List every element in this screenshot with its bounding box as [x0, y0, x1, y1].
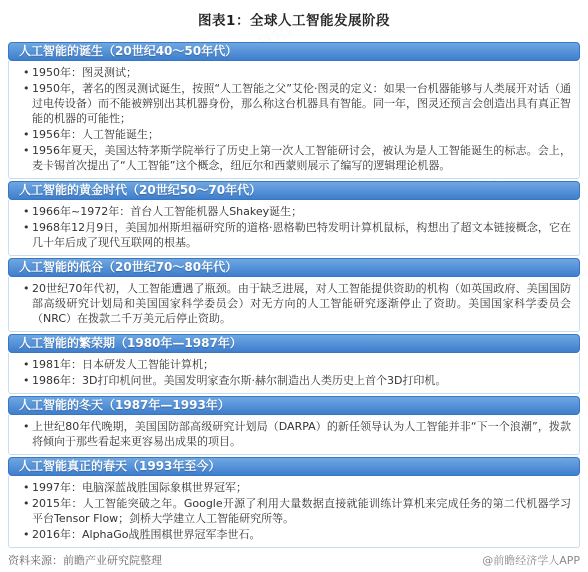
bullet-item: 1966年~1972年：首台人工智能机器人Shakey诞生； — [23, 204, 571, 219]
section-header: 人工智能真正的春天（1993年至今） — [8, 457, 580, 476]
bullet-item: 2016年：AlphaGo战胜围棋世界冠军李世石。 — [23, 527, 571, 542]
bullet-item: 2015年：人工智能突破之年。Google开源了利用大量数据直接就能训练计算机来… — [23, 496, 571, 526]
bullet-item: 1956年：人工智能诞生； — [23, 127, 571, 142]
timeline-section: 人工智能的繁荣期（1980年—1987年） 1981年：日本研发人工智能计算机；… — [8, 334, 580, 394]
credit-note: @前瞻经济学人APP — [482, 552, 580, 568]
figure-footer: 资料来源：前瞻产业研究院整理 @前瞻经济学人APP — [0, 552, 588, 568]
source-note: 资料来源：前瞻产业研究院整理 — [8, 552, 162, 568]
bullet-item: 1997年：电脑深蓝战胜国际象棋世界冠军； — [23, 480, 571, 495]
timeline-section: 人工智能真正的春天（1993年至今） 1997年：电脑深蓝战胜国际象棋世界冠军；… — [8, 457, 580, 548]
bullet-item: 1968年12月9日，美国加州斯坦福研究所的道格·恩格勒巴特发明计算机鼠标，构想… — [23, 220, 571, 250]
timeline-section: 人工智能的冬天（1987年—1993年） 上世纪80年代晚期，美国国防部高级研究… — [8, 396, 580, 455]
bullet-item: 1950年：图灵测试； — [23, 65, 571, 80]
bullet-item: 20世纪70年代初，人工智能遭遇了瓶颈。由于缺乏进展，对人工智能提供资助的机构（… — [23, 281, 571, 326]
section-header: 人工智能的诞生（20世纪40～50年代） — [8, 42, 580, 61]
section-body: 1997年：电脑深蓝战胜国际象棋世界冠军；2015年：人工智能突破之年。Goog… — [8, 476, 580, 548]
section-header: 人工智能的黄金时代（20世纪50～70年代） — [8, 181, 580, 200]
section-header: 人工智能的繁荣期（1980年—1987年） — [8, 334, 580, 353]
section-body: 20世纪70年代初，人工智能遭遇了瓶颈。由于缺乏进展，对人工智能提供资助的机构（… — [8, 277, 580, 332]
section-body: 上世纪80年代晚期，美国国防部高级研究计划局（DARPA）的新任领导认为人工智能… — [8, 415, 580, 455]
timeline-section: 人工智能的诞生（20世纪40～50年代） 1950年：图灵测试；1950年，著名… — [8, 42, 580, 179]
bullet-item: 1986年：3D打印机问世。美国发明家查尔斯·赫尔制造出人类历史上首个3D打印机… — [23, 373, 571, 388]
timeline-sections: 人工智能的诞生（20世纪40～50年代） 1950年：图灵测试；1950年，著名… — [0, 42, 588, 548]
timeline-section: 人工智能的低谷（20世纪70～80年代） 20世纪70年代初，人工智能遭遇了瓶颈… — [8, 258, 580, 332]
section-body: 1966年~1972年：首台人工智能机器人Shakey诞生；1968年12月9日… — [8, 200, 580, 256]
section-header: 人工智能的冬天（1987年—1993年） — [8, 396, 580, 415]
figure-title: 图表1：全球人工智能发展阶段 — [0, 0, 588, 29]
section-header: 人工智能的低谷（20世纪70～80年代） — [8, 258, 580, 277]
section-body: 1950年：图灵测试；1950年，著名的图灵测试诞生，按照“人工智能之父”艾伦·… — [8, 61, 580, 179]
bullet-item: 1956年夏天，美国达特茅斯学院举行了历史上第一次人工智能研讨会，被认为是人工智… — [23, 143, 571, 173]
section-body: 1981年：日本研发人工智能计算机；1986年：3D打印机问世。美国发明家查尔斯… — [8, 353, 580, 394]
timeline-section: 人工智能的黄金时代（20世纪50～70年代） 1966年~1972年：首台人工智… — [8, 181, 580, 256]
bullet-item: 1981年：日本研发人工智能计算机； — [23, 357, 571, 372]
bullet-item: 1950年，著名的图灵测试诞生，按照“人工智能之父”艾伦·图灵的定义：如果一台机… — [23, 81, 571, 126]
bullet-item: 上世纪80年代晚期，美国国防部高级研究计划局（DARPA）的新任领导认为人工智能… — [23, 419, 571, 449]
report-figure: 前瞻产业研究院 前瞻产业研究院 前瞻产业研究院 前瞻产业研究院 前瞻产业研究院 … — [0, 0, 588, 572]
